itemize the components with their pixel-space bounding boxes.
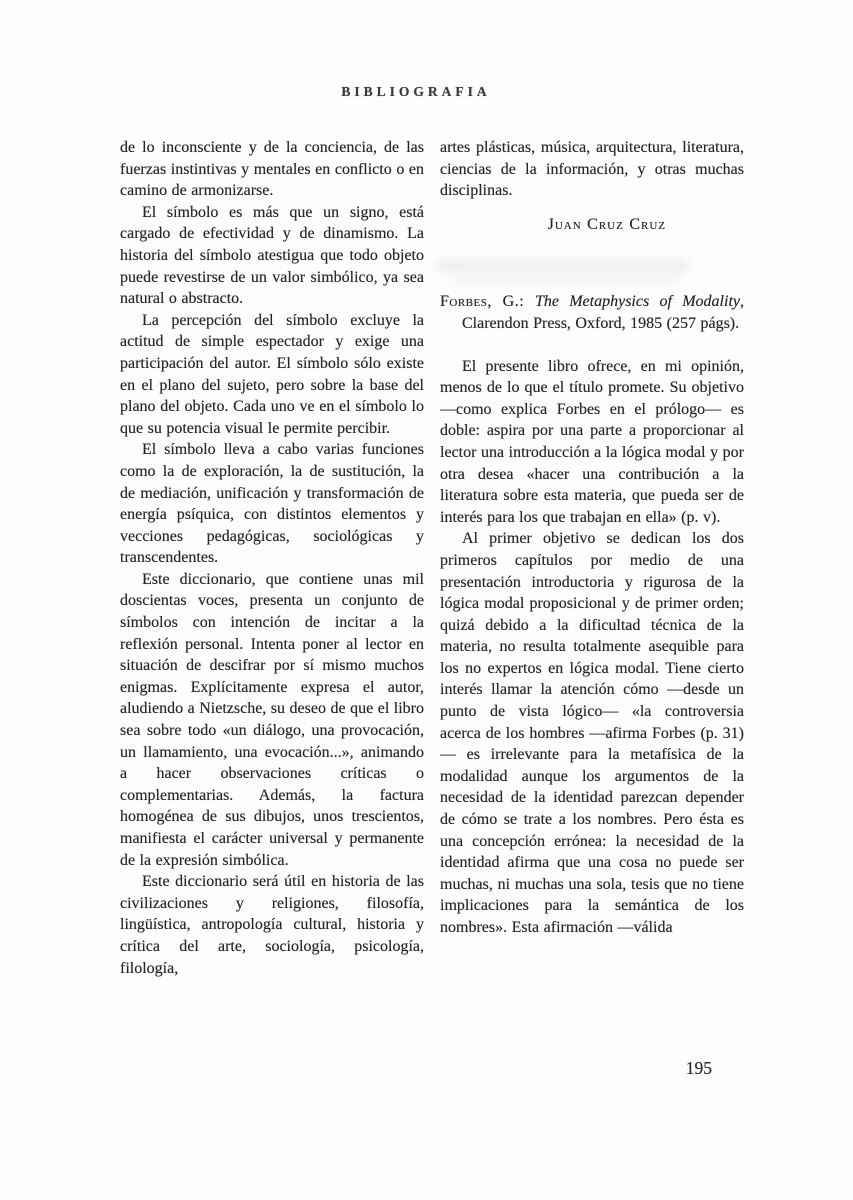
author-signature: Juan Cruz Cruz [440, 214, 744, 236]
body-paragraph: El símbolo lleva a cabo varias funciones… [120, 439, 424, 569]
left-column: de lo inconsciente y de la conciencia, d… [120, 137, 424, 979]
page-running-header: BIBLIOGRAFIA [110, 84, 722, 100]
reference-title: The Metaphysics of Modality [535, 293, 740, 310]
reference-author: Forbes, G.: [440, 293, 535, 310]
body-paragraph: Este diccionario será útil en historia d… [120, 871, 424, 979]
body-paragraph: La percepción del símbolo excluye la act… [120, 310, 424, 440]
scanned-page: BIBLIOGRAFIA de lo inconsciente y de la … [0, 0, 853, 1200]
page-number: 195 [618, 1058, 712, 1079]
body-paragraph: El símbolo es más que un signo, está car… [120, 202, 424, 310]
body-paragraph: Este diccionario, que contiene unas mil … [120, 569, 424, 871]
body-paragraph: artes plásticas, música, arquitectura, l… [440, 137, 744, 202]
body-paragraph: de lo inconsciente y de la conciencia, d… [120, 137, 424, 202]
right-column: artes plásticas, música, arquitectura, l… [440, 137, 744, 979]
body-paragraph: El presente libro ofrece, en mi opinión,… [440, 356, 744, 529]
reference-entry: Forbes, G.: The Metaphysics of Modality,… [440, 291, 744, 334]
body-paragraph: Al primer objetivo se dedican los dos pr… [440, 528, 744, 938]
text-columns: de lo inconsciente y de la conciencia, d… [120, 137, 744, 979]
